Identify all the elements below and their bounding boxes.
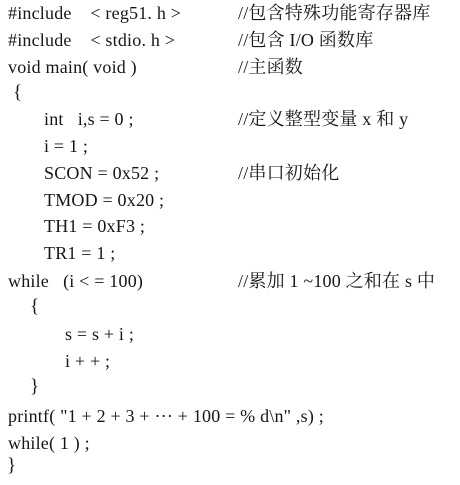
- code-line-open-brace: {: [13, 80, 22, 106]
- code-line-loop-close-brace: }: [30, 374, 39, 400]
- code-line-increment: i + + ;: [65, 348, 110, 374]
- code-line-printf: printf( "1 + 2 + 3 + ··· + 100 = % d\n" …: [8, 403, 324, 429]
- code-line-close-brace: }: [7, 453, 16, 479]
- code-line-while-1: while( 1 ) ;: [8, 430, 90, 456]
- code-line-i-init: i = 1 ;: [44, 133, 88, 159]
- code-line-include-reg51: #include < reg51. h >: [8, 0, 181, 26]
- inline-comment: //包含 I/O 函数库: [238, 27, 373, 53]
- code-line-loop-open-brace: {: [30, 294, 39, 320]
- code-line-include-stdio: #include < stdio. h >: [8, 27, 175, 53]
- code-line-while-loop: while (i < = 100): [8, 268, 143, 294]
- code-line-sum: s = s + i ;: [65, 321, 134, 347]
- code-line-tr1: TR1 = 1 ;: [44, 240, 115, 266]
- code-line-scon: SCON = 0x52 ;: [44, 160, 159, 186]
- code-line-main: void main( void ): [8, 54, 137, 80]
- code-line-tmod: TMOD = 0x20 ;: [44, 187, 164, 213]
- inline-comment: //串口初始化: [238, 160, 339, 186]
- code-line-int-decl: int i,s = 0 ;: [44, 106, 134, 132]
- code-listing-page: #include < reg51. h > //包含特殊功能寄存器库 #incl…: [0, 0, 460, 485]
- inline-comment: //累加 1 ~100 之和在 s 中: [238, 268, 435, 294]
- inline-comment: //主函数: [238, 54, 303, 80]
- inline-comment: //包含特殊功能寄存器库: [238, 0, 430, 26]
- code-line-th1: TH1 = 0xF3 ;: [44, 213, 145, 239]
- inline-comment: //定义整型变量 x 和 y: [238, 106, 408, 132]
